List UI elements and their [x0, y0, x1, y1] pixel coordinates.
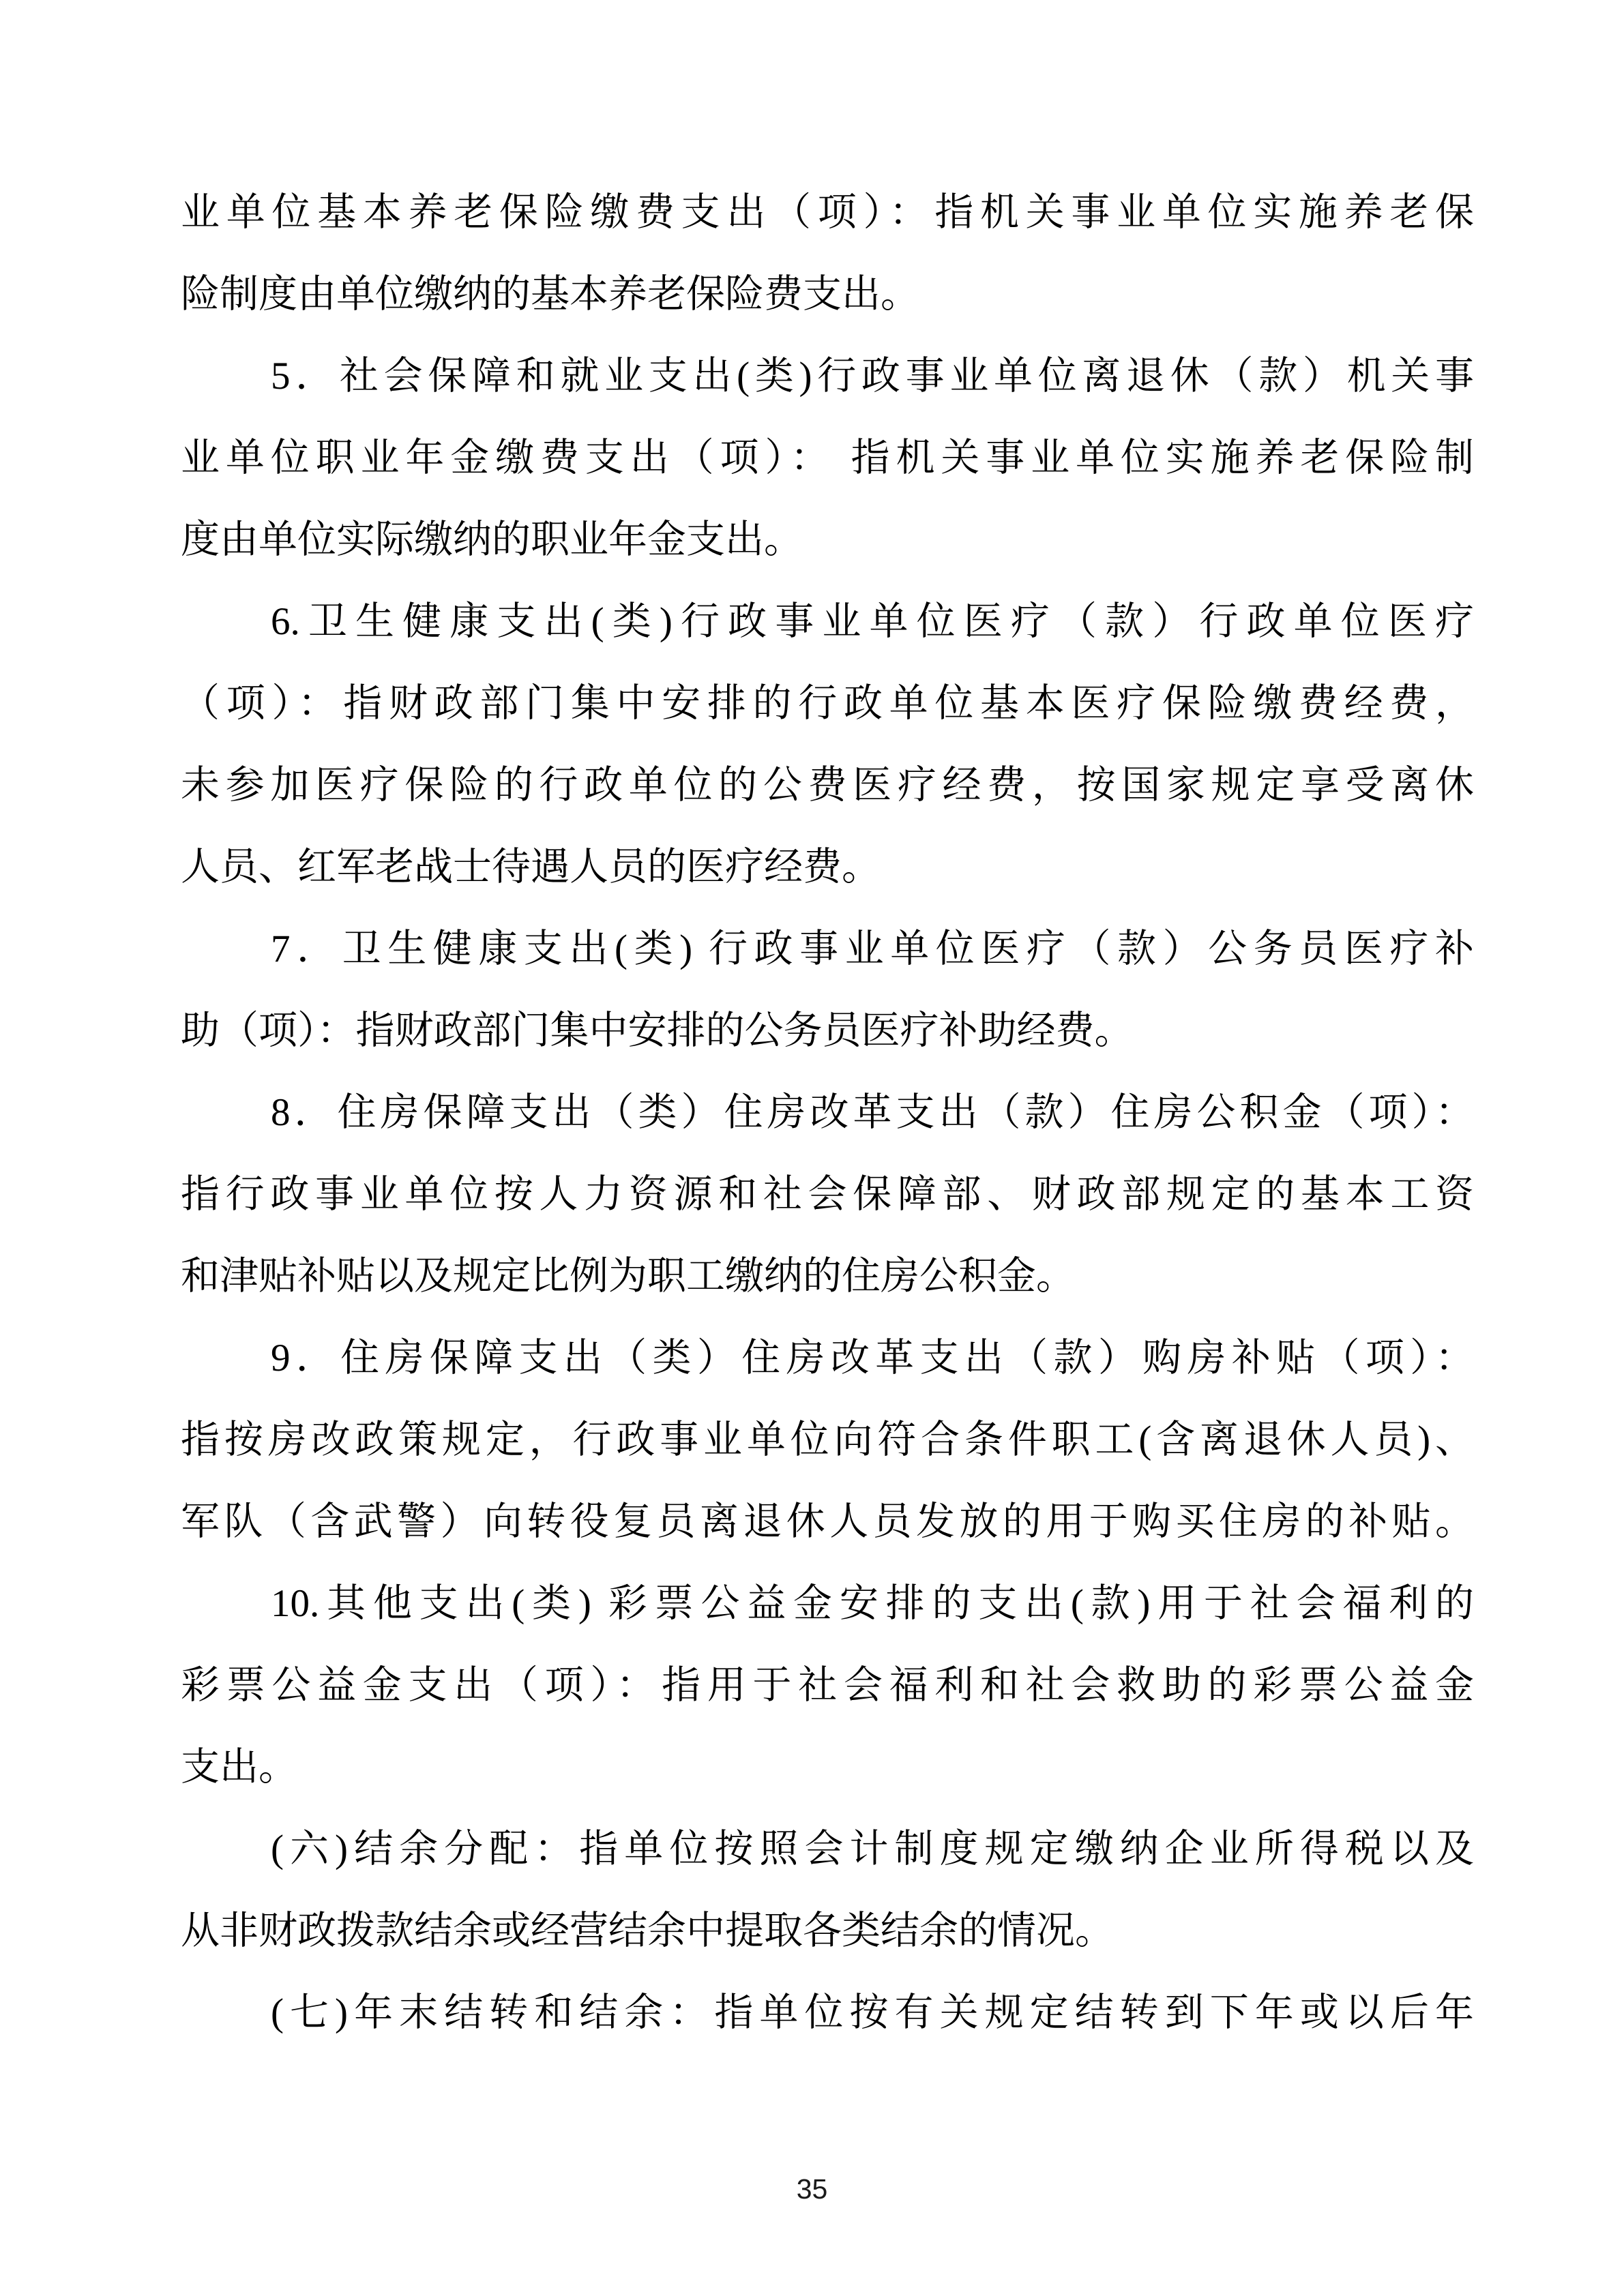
text-line: 支出。: [181, 1727, 1474, 1808]
text-line: 8．住房保障支出（类）住房改革支出（款）住房公积金（项）：: [181, 1072, 1474, 1154]
text-line: 5．社会保障和就业支出(类)行政事业单位离退休（款）机关事: [181, 336, 1474, 417]
page-number: 35: [0, 2172, 1624, 2206]
text-line: 业单位基本养老保险缴费支出（项）：指机关事业单位实施养老保: [181, 172, 1474, 254]
document-body: 业单位基本养老保险缴费支出（项）：指机关事业单位实施养老保 险制度由单位缴纳的基…: [181, 172, 1474, 2054]
text-line: 彩票公益金支出（项）：指用于社会福利和社会救助的彩票公益金: [181, 1645, 1474, 1727]
text-line: (七)年末结转和结余：指单位按有关规定结转到下年或以后年: [181, 1972, 1474, 2054]
text-line: 指按房改政策规定，行政事业单位向符合条件职工(含离退休人员)、: [181, 1399, 1474, 1481]
text-line: 军队（含武警）向转役复员离退休人员发放的用于购买住房的补贴。: [181, 1481, 1474, 1563]
text-line: (六)结余分配：指单位按照会计制度规定缴纳企业所得税以及: [181, 1808, 1474, 1890]
text-line: 和津贴补贴以及规定比例为职工缴纳的住房公积金。: [181, 1236, 1474, 1317]
text-line: 指行政事业单位按人力资源和社会保障部、财政部规定的基本工资: [181, 1154, 1474, 1236]
text-line: 6.卫生健康支出(类)行政事业单位医疗（款）行政单位医疗: [181, 581, 1474, 663]
text-line: 未参加医疗保险的行政单位的公费医疗经费，按国家规定享受离休: [181, 745, 1474, 826]
text-line: 7．卫生健康支出(类) 行政事业单位医疗（款）公务员医疗补: [181, 908, 1474, 990]
text-line: 从非财政拨款结余或经营结余中提取各类结余的情况。: [181, 1890, 1474, 1972]
text-line: 业单位职业年金缴费支出（项）： 指机关事业单位实施养老保险制: [181, 417, 1474, 499]
text-line: （项）：指财政部门集中安排的行政单位基本医疗保险缴费经费，: [181, 663, 1474, 745]
text-line: 9．住房保障支出（类）住房改革支出（款）购房补贴（项）：: [181, 1317, 1474, 1399]
text-line: 险制度由单位缴纳的基本养老保险费支出。: [181, 254, 1474, 336]
text-line: 度由单位实际缴纳的职业年金支出。: [181, 499, 1474, 581]
text-line: 助（项）：指财政部门集中安排的公务员医疗补助经费。: [181, 990, 1474, 1072]
document-page: 业单位基本养老保险缴费支出（项）：指机关事业单位实施养老保 险制度由单位缴纳的基…: [0, 0, 1624, 2296]
text-line: 人员、红军老战士待遇人员的医疗经费。: [181, 826, 1474, 908]
text-line: 10.其他支出(类) 彩票公益金安排的支出(款)用于社会福利的: [181, 1563, 1474, 1645]
